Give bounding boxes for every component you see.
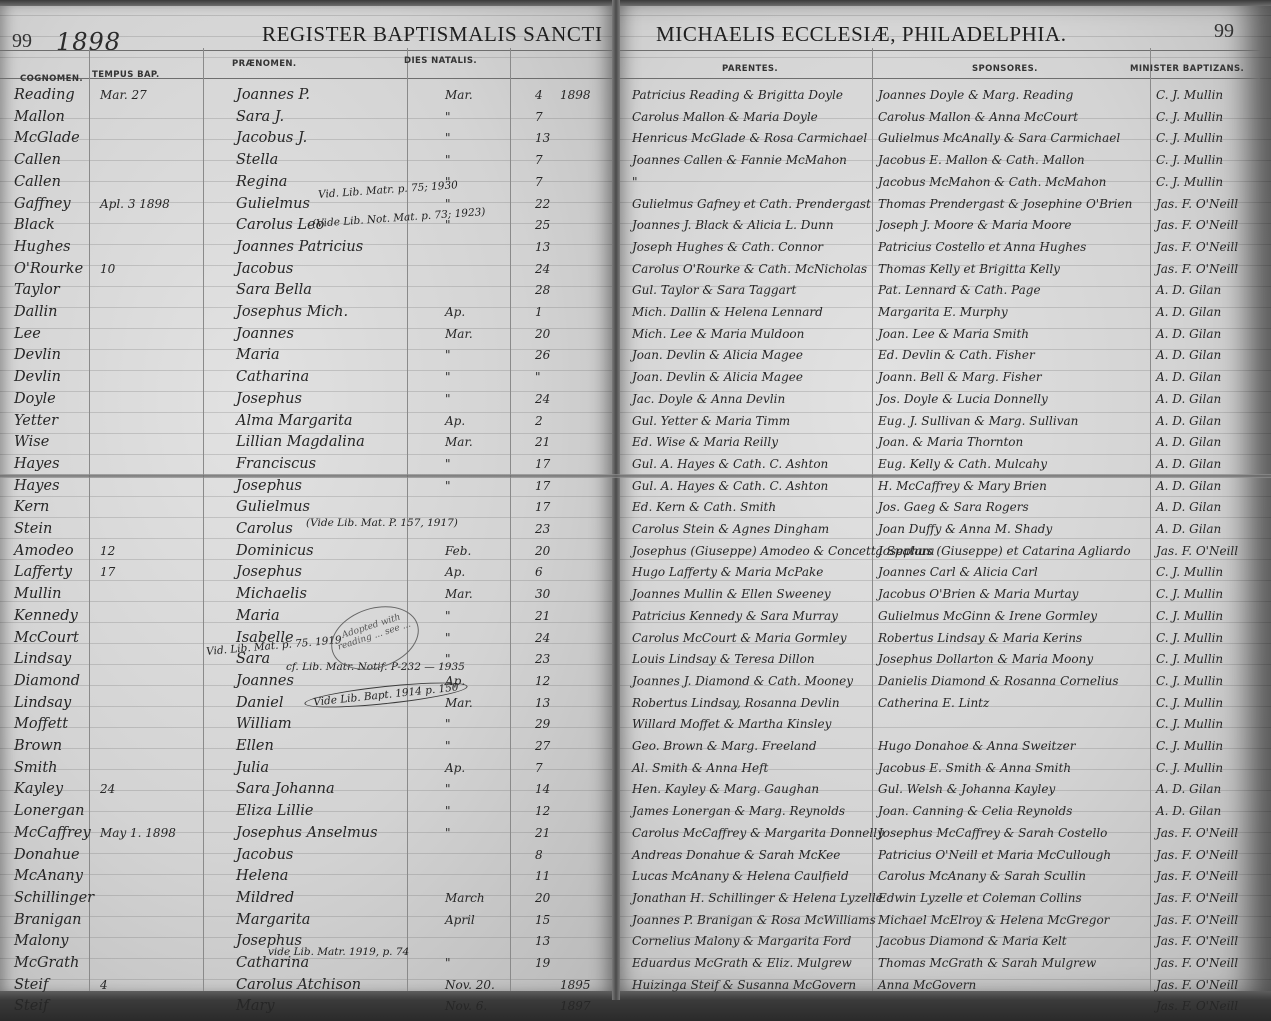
minister-cell: Jas. F. O'Neill: [1156, 974, 1238, 996]
cognomen-cell: Stein: [14, 518, 52, 540]
birth-month-cell: ": [445, 366, 451, 388]
praenomen-cell: Maria: [236, 605, 280, 627]
minister-cell: Jas. F. O'Neill: [1156, 193, 1238, 215]
praenomen-cell: Catharina: [236, 366, 309, 388]
birth-day-cell: 11: [535, 865, 550, 887]
birth-day-cell: 7: [535, 757, 543, 779]
register-entry-row: SmithJuliaAp.7Al. Smith & Anna HeftJacob…: [0, 757, 1271, 779]
birth-month-cell: ": [445, 627, 451, 649]
parentes-cell: Joannes P. Branigan & Rosa McWilliams: [632, 909, 876, 931]
sponsores-cell: Pat. Lennard & Cath. Page: [878, 279, 1041, 301]
parentes-cell: Carolus Mallon & Maria Doyle: [632, 106, 818, 128]
sponsores-cell: Jacobus O'Brien & Maria Murtay: [878, 583, 1078, 605]
parentes-cell: Joannes Callen & Fannie McMahon: [632, 149, 847, 171]
cognomen-cell: Lonergan: [14, 800, 84, 822]
birth-day-cell: 30: [535, 583, 550, 605]
birth-day-cell: 23: [535, 648, 550, 670]
minister-cell: Jas. F. O'Neill: [1156, 214, 1238, 236]
birth-month-cell: ": [445, 605, 451, 627]
cognomen-cell: McGrath: [14, 952, 79, 974]
sponsores-cell: Jacobus Diamond & Maria Kelt: [878, 930, 1067, 952]
birth-month-cell: Ap.: [445, 561, 465, 583]
minister-cell: A. D. Gilan: [1156, 431, 1221, 453]
tempus-bap-cell: 17: [100, 561, 115, 583]
praenomen-cell: Eliza Lillie: [236, 800, 314, 822]
cognomen-cell: Devlin: [14, 344, 61, 366]
birth-month-cell: ": [445, 388, 451, 410]
praenomen-cell: Franciscus: [236, 453, 316, 475]
minister-cell: C. J. Mullin: [1156, 84, 1223, 106]
register-entry-row: HughesJoannes Patricius13Joseph Hughes &…: [0, 236, 1271, 258]
parentes-cell: Ed. Wise & Maria Reilly: [632, 431, 778, 453]
minister-cell: A. D. Gilan: [1156, 301, 1221, 323]
birth-day-cell: 26: [535, 344, 550, 366]
register-entry-row: BrownEllen"27Geo. Brown & Marg. Freeland…: [0, 735, 1271, 757]
cognomen-cell: McCourt: [14, 627, 79, 649]
column-header-cognomen: COGNOMEN.: [20, 74, 83, 84]
minister-cell: Jas. F. O'Neill: [1156, 887, 1238, 909]
minister-cell: Jas. F. O'Neill: [1156, 930, 1238, 952]
minister-cell: A. D. Gilan: [1156, 388, 1221, 410]
cognomen-cell: Steif: [14, 995, 48, 1017]
cognomen-cell: Taylor: [14, 279, 60, 301]
parentes-cell: Joan. Devlin & Alicia Magee: [632, 344, 803, 366]
parentes-cell: Cornelius Malony & Margarita Ford: [632, 930, 851, 952]
register-entry-row: McCaffreyMay 1. 1898Josephus Anselmus"21…: [0, 822, 1271, 844]
birth-day-cell: 12: [535, 800, 550, 822]
praenomen-cell: Jacobus: [236, 844, 293, 866]
birth-day-cell: 21: [535, 431, 550, 453]
birth-day-cell: 21: [535, 822, 550, 844]
register-entry-row: DonahueJacobus8Andreas Donahue & Sarah M…: [0, 844, 1271, 866]
minister-cell: Jas. F. O'Neill: [1156, 258, 1238, 280]
cognomen-cell: Devlin: [14, 366, 61, 388]
birth-day-cell: 7: [535, 106, 543, 128]
minister-cell: Jas. F. O'Neill: [1156, 865, 1238, 887]
sponsores-cell: Thomas McGrath & Sarah Mulgrew: [878, 952, 1096, 974]
parentes-cell: Gul. A. Hayes & Cath. C. Ashton: [632, 475, 828, 497]
register-entry-row: McGladeJacobus J."13Henricus McGlade & R…: [0, 127, 1271, 149]
birth-month-cell: ": [445, 778, 451, 800]
sponsores-cell: Edwin Lyzelle et Coleman Collins: [878, 887, 1082, 909]
header-rule: [0, 50, 612, 51]
parentes-cell: Joan. Devlin & Alicia Magee: [632, 366, 803, 388]
register-entry-row: Steif4Carolus AtchisonNov. 20.1895Huizin…: [0, 974, 1271, 996]
parentes-cell: Carolus McCaffrey & Margarita Donnelly: [632, 822, 884, 844]
parentes-cell: Gul. Yetter & Maria Timm: [632, 410, 790, 432]
sponsores-cell: Joannes Doyle & Marg. Reading: [878, 84, 1073, 106]
sponsores-cell: Josephus Dollarton & Maria Moony: [878, 648, 1093, 670]
sponsores-cell: Thomas Kelly et Brigitta Kelly: [878, 258, 1060, 280]
sponsores-cell: Margarita E. Murphy: [878, 301, 1008, 323]
birth-year-cell: 1898: [560, 84, 591, 106]
birth-month-cell: ": [445, 713, 451, 735]
cognomen-cell: Mullin: [14, 583, 61, 605]
parentes-cell: Willard Moffet & Martha Kinsley: [632, 713, 831, 735]
parentes-cell: Carolus Stein & Agnes Dingham: [632, 518, 829, 540]
sponsores-cell: Joannes Carl & Alicia Carl: [878, 561, 1038, 583]
cognomen-cell: Black: [14, 214, 55, 236]
register-entry-row: BraniganMargaritaApril15Joannes P. Brani…: [0, 909, 1271, 931]
praenomen-cell: Joannes: [236, 670, 294, 692]
birth-month-cell: ": [445, 453, 451, 475]
sponsores-cell: Jos. Gaeg & Sara Rogers: [878, 496, 1029, 518]
parentes-cell: Jac. Doyle & Anna Devlin: [632, 388, 785, 410]
cognomen-cell: Brown: [14, 735, 62, 757]
parentes-cell: Carolus McCourt & Maria Gormley: [632, 627, 846, 649]
cognomen-cell: Doyle: [14, 388, 56, 410]
sponsores-cell: Patricius Costello et Anna Hughes: [878, 236, 1086, 258]
parentes-cell: Mich. Dallin & Helena Lennard: [632, 301, 823, 323]
birth-month-cell: ": [445, 735, 451, 757]
parentes-cell: Hen. Kayley & Marg. Gaughan: [632, 778, 819, 800]
birth-day-cell: 24: [535, 388, 550, 410]
parentes-cell: Louis Lindsay & Teresa Dillon: [632, 648, 815, 670]
praenomen-cell: Carolus Atchison: [236, 974, 361, 996]
birth-month-cell: March: [445, 887, 485, 909]
birth-month-cell: ": [445, 952, 451, 974]
parentes-cell: Lucas McAnany & Helena Caulfield: [632, 865, 849, 887]
minister-cell: C. J. Mullin: [1156, 106, 1223, 128]
minister-cell: C. J. Mullin: [1156, 713, 1223, 735]
minister-cell: C. J. Mullin: [1156, 605, 1223, 627]
parentes-cell: Gul. Taylor & Sara Taggart: [632, 279, 796, 301]
sponsores-cell: Danielis Diamond & Rosanna Cornelius: [878, 670, 1119, 692]
minister-cell: A. D. Gilan: [1156, 279, 1221, 301]
minister-cell: C. J. Mullin: [1156, 127, 1223, 149]
parentes-cell: Patricius Reading & Brigitta Doyle: [632, 84, 843, 106]
birth-day-cell: 2: [535, 410, 543, 432]
birth-day-cell: 4: [535, 84, 543, 106]
parentes-cell: Patricius Kennedy & Sara Murray: [632, 605, 838, 627]
cognomen-cell: Moffett: [14, 713, 68, 735]
sponsores-cell: Gul. Welsh & Johanna Kayley: [878, 778, 1055, 800]
praenomen-cell: Josephus Mich.: [236, 301, 348, 323]
cognomen-cell: Hayes: [14, 453, 60, 475]
praenomen-cell: Mildred: [236, 887, 294, 909]
sponsores-cell: Joan. Lee & Maria Smith: [878, 323, 1029, 345]
praenomen-cell: Lillian Magdalina: [236, 431, 365, 453]
parentes-cell: Ed. Kern & Cath. Smith: [632, 496, 776, 518]
parentes-cell: Eduardus McGrath & Eliz. Mulgrew: [632, 952, 852, 974]
birth-month-cell: ": [445, 149, 451, 171]
sponsores-cell: Gulielmus McAnally & Sara Carmichael: [878, 127, 1120, 149]
sponsores-cell: Joan. Canning & Celia Reynolds: [878, 800, 1072, 822]
column-header-tempus-bap: TEMPUS BAP.: [92, 70, 160, 80]
register-entry-row: MalonyJosephus13Cornelius Malony & Marga…: [0, 930, 1271, 952]
parentes-cell: Joannes J. Black & Alicia L. Dunn: [632, 214, 834, 236]
minister-cell: Jas. F. O'Neill: [1156, 822, 1238, 844]
parentes-cell: Joannes Mullin & Ellen Sweeney: [632, 583, 831, 605]
register-entry-row: MoffettWilliam"29Willard Moffet & Martha…: [0, 713, 1271, 735]
sponsores-cell: Joan Duffy & Anna M. Shady: [878, 518, 1052, 540]
praenomen-cell: Gulielmus: [236, 193, 310, 215]
birth-day-cell: 17: [535, 496, 550, 518]
sponsores-cell: Joann. Bell & Marg. Fisher: [878, 366, 1042, 388]
minister-cell: C. J. Mullin: [1156, 735, 1223, 757]
column-header-rule: [620, 78, 1260, 79]
praenomen-cell: Stella: [236, 149, 278, 171]
praenomen-cell: Joannes P.: [236, 84, 310, 106]
sponsores-cell: Ed. Devlin & Cath. Fisher: [878, 344, 1035, 366]
register-entry-row: DevlinMaria"26Joan. Devlin & Alicia Mage…: [0, 344, 1271, 366]
minister-cell: C. J. Mullin: [1156, 692, 1223, 714]
minister-cell: Jas. F. O'Neill: [1156, 844, 1238, 866]
parentes-cell: Carolus O'Rourke & Cath. McNicholas: [632, 258, 867, 280]
cognomen-cell: Malony: [14, 930, 68, 952]
praenomen-cell: Margarita: [236, 909, 310, 931]
sponsores-cell: Jacobus E. Smith & Anna Smith: [878, 757, 1071, 779]
register-title-right: MICHAELIS ECCLESIÆ, PHILADELPHIA.: [656, 22, 1067, 47]
birth-month-cell: Ap.: [445, 757, 465, 779]
register-entry-row: LindsaySara"23Louis Lindsay & Teresa Dil…: [0, 648, 1271, 670]
birth-month-cell: April: [445, 909, 475, 931]
praenomen-cell: Gulielmus: [236, 496, 310, 518]
minister-cell: A. D. Gilan: [1156, 778, 1221, 800]
cognomen-cell: McAnany: [14, 865, 83, 887]
cognomen-cell: Kayley: [14, 778, 63, 800]
birth-day-cell: ": [535, 366, 541, 388]
cognomen-cell: McGlade: [14, 127, 80, 149]
minister-cell: C. J. Mullin: [1156, 627, 1223, 649]
register-entry-row: McAnanyHelena11Lucas McAnany & Helena Ca…: [0, 865, 1271, 887]
register-entry-row: WiseLillian MagdalinaMar.21Ed. Wise & Ma…: [0, 431, 1271, 453]
parentes-cell: James Lonergan & Marg. Reynolds: [632, 800, 845, 822]
birth-month-cell: Mar.: [445, 323, 473, 345]
cognomen-cell: Yetter: [14, 410, 58, 432]
sponsores-cell: Josephus McCaffrey & Sarah Costello: [878, 822, 1107, 844]
praenomen-cell: Joannes: [236, 323, 294, 345]
register-entry-row: MullinMichaelisMar.30Joannes Mullin & El…: [0, 583, 1271, 605]
birth-month-cell: Feb.: [445, 540, 471, 562]
parentes-cell: Gulielmus Gafney et Cath. Prendergast: [632, 193, 871, 215]
birth-day-cell: 13: [535, 930, 550, 952]
tempus-bap-cell: 4: [100, 974, 108, 996]
column-header-minister: MINISTER BAPTIZANS.: [1130, 64, 1244, 74]
sponsores-cell: Carolus McAnany & Sarah Scullin: [878, 865, 1086, 887]
praenomen-cell: Carolus: [236, 518, 293, 540]
sponsores-cell: Hugo Donahoe & Anna Sweitzer: [878, 735, 1076, 757]
right-page-number: 99: [1214, 20, 1234, 43]
minister-cell: A. D. Gilan: [1156, 453, 1221, 475]
tempus-bap-cell: May 1. 1898: [100, 822, 176, 844]
cognomen-cell: Lindsay: [14, 648, 71, 670]
sponsores-cell: Joseph J. Moore & Maria Moore: [878, 214, 1071, 236]
header-rule: [620, 50, 1260, 51]
birth-month-cell: Ap.: [445, 410, 465, 432]
register-entry-row: MallonSara J."7Carolus Mallon & Maria Do…: [0, 106, 1271, 128]
cognomen-cell: Dallin: [14, 301, 58, 323]
cognomen-cell: Kennedy: [14, 605, 78, 627]
birth-day-cell: 29: [535, 713, 550, 735]
sponsores-cell: Patricius O'Neill et Maria McCullough: [878, 844, 1111, 866]
birth-day-cell: 15: [535, 909, 550, 931]
parentes-cell: Al. Smith & Anna Heft: [632, 757, 768, 779]
birth-day-cell: 13: [535, 236, 550, 258]
register-entry-row: DevlinCatharina""Joan. Devlin & Alicia M…: [0, 366, 1271, 388]
register-entry-row: KennedyMaria"21Patricius Kennedy & Sara …: [0, 605, 1271, 627]
praenomen-cell: Jacobus: [236, 258, 293, 280]
birth-year-cell: 1897: [560, 995, 591, 1017]
parentes-cell: Geo. Brown & Marg. Freeland: [632, 735, 817, 757]
praenomen-cell: William: [236, 713, 292, 735]
register-entry-row: ReadingMar. 27Joannes P.Mar.41898Patrici…: [0, 84, 1271, 106]
minister-cell: Jas. F. O'Neill: [1156, 236, 1238, 258]
register-entry-row: SchillingerMildredMarch20Jonathan H. Sch…: [0, 887, 1271, 909]
register-entry-row: HayesFranciscus"17Gul. A. Hayes & Cath. …: [0, 453, 1271, 475]
birth-day-cell: 17: [535, 453, 550, 475]
birth-day-cell: 25: [535, 214, 550, 236]
tempus-bap-cell: 24: [100, 778, 115, 800]
cognomen-cell: Callen: [14, 171, 61, 193]
register-entry-row: CallenRegina"7"Jacobus McMahon & Cath. M…: [0, 171, 1271, 193]
minister-cell: C. J. Mullin: [1156, 648, 1223, 670]
birth-month-cell: Mar.: [445, 583, 473, 605]
minister-cell: C. J. Mullin: [1156, 583, 1223, 605]
sponsores-cell: Anna McGovern: [878, 974, 976, 996]
birth-month-cell: Ap.: [445, 301, 465, 323]
praenomen-cell: Daniel: [236, 692, 283, 714]
cognomen-cell: Hayes: [14, 475, 60, 497]
birth-day-cell: 17: [535, 475, 550, 497]
cognomen-cell: Reading: [14, 84, 75, 106]
birth-month-cell: Mar.: [445, 692, 473, 714]
birth-day-cell: 1: [535, 301, 543, 323]
birth-day-cell: 20: [535, 887, 550, 909]
cognomen-cell: Kern: [14, 496, 49, 518]
register-entry-row: DiamondJoannesAp.12Joannes J. Diamond & …: [0, 670, 1271, 692]
praenomen-cell: Regina: [236, 171, 287, 193]
minister-cell: Jas. F. O'Neill: [1156, 952, 1238, 974]
cognomen-cell: Wise: [14, 431, 49, 453]
parentes-cell: Joannes J. Diamond & Cath. Mooney: [632, 670, 853, 692]
register-entry-row: YetterAlma MargaritaAp.2Gul. Yetter & Ma…: [0, 410, 1271, 432]
minister-cell: Jas. F. O'Neill: [1156, 995, 1238, 1017]
sponsores-cell: Jos. Doyle & Lucia Donnelly: [878, 388, 1048, 410]
sponsores-cell: Carolus Mallon & Anna McCourt: [878, 106, 1078, 128]
birth-month-cell: ": [445, 475, 451, 497]
birth-day-cell: 19: [535, 952, 550, 974]
cognomen-cell: Lindsay: [14, 692, 71, 714]
register-title-left: REGISTER BAPTISMALIS SANCTI: [262, 22, 603, 47]
sponsores-cell: Josephus (Giuseppe) et Catarina Agliardo: [878, 540, 1131, 562]
minister-cell: A. D. Gilan: [1156, 344, 1221, 366]
praenomen-cell: Michaelis: [236, 583, 307, 605]
birth-month-cell: ": [445, 127, 451, 149]
praenomen-cell: Sara Johanna: [236, 778, 335, 800]
register-entry-row: HayesJosephus"17Gul. A. Hayes & Cath. C.…: [0, 475, 1271, 497]
register-entry-row: Amodeo12DominicusFeb.20Josephus (Giusepp…: [0, 540, 1271, 562]
sponsores-cell: Robertus Lindsay & Maria Kerins: [878, 627, 1082, 649]
birth-month-cell: Mar.: [445, 431, 473, 453]
cognomen-cell: Donahue: [14, 844, 80, 866]
cognomen-cell: McCaffrey: [14, 822, 91, 844]
cognomen-cell: Lee: [14, 323, 41, 345]
parentes-cell: Henricus McGlade & Rosa Carmichael: [632, 127, 867, 149]
minister-cell: C. J. Mullin: [1156, 561, 1223, 583]
parentes-cell: Joseph Hughes & Cath. Connor: [632, 236, 823, 258]
register-entry-row: KernGulielmus17Ed. Kern & Cath. SmithJos…: [0, 496, 1271, 518]
register-entry-row: LonerganEliza Lillie"12James Lonergan & …: [0, 800, 1271, 822]
minister-cell: A. D. Gilan: [1156, 496, 1221, 518]
register-entry-row: GaffneyApl. 3 1898Gulielmus"22Gulielmus …: [0, 193, 1271, 215]
sponsores-cell: Gulielmus McGinn & Irene Gormley: [878, 605, 1097, 627]
minister-cell: Jas. F. O'Neill: [1156, 540, 1238, 562]
birth-month-cell: Nov. 6.: [445, 995, 487, 1017]
praenomen-cell: Josephus: [236, 475, 302, 497]
register-entry-row: DoyleJosephus"24Jac. Doyle & Anna Devlin…: [0, 388, 1271, 410]
birth-month-cell: ": [445, 106, 451, 128]
birth-day-cell: 14: [535, 778, 550, 800]
birth-day-cell: 12: [535, 670, 550, 692]
sponsores-cell: Jacobus McMahon & Cath. McMahon: [878, 171, 1106, 193]
praenomen-cell: Josephus Anselmus: [236, 822, 378, 844]
birth-day-cell: 13: [535, 127, 550, 149]
margin-note: (Vide Lib. Mat. P. 157, 1917): [306, 517, 458, 529]
minister-cell: C. J. Mullin: [1156, 670, 1223, 692]
birth-day-cell: 20: [535, 540, 550, 562]
register-entry-row: SteinCarolus23Carolus Stein & Agnes Ding…: [0, 518, 1271, 540]
cognomen-cell: Smith: [14, 757, 58, 779]
sponsores-cell: Jacobus E. Mallon & Cath. Mallon: [878, 149, 1085, 171]
register-entry-row: McCourtIsabelle"24Carolus McCourt & Mari…: [0, 627, 1271, 649]
birth-month-cell: Mar.: [445, 84, 473, 106]
sponsores-cell: Catherina E. Lintz: [878, 692, 989, 714]
column-header-praenomen: PRÆNOMEN.: [232, 59, 297, 69]
birth-day-cell: 24: [535, 627, 550, 649]
parentes-cell: Huizinga Steif & Susanna McGovern: [632, 974, 856, 996]
parentes-cell: Jonathan H. Schillinger & Helena Lyzelle: [632, 887, 883, 909]
minister-cell: C. J. Mullin: [1156, 171, 1223, 193]
parentes-cell: ": [632, 171, 638, 193]
praenomen-cell: Sara Bella: [236, 279, 312, 301]
parentes-cell: Robertus Lindsay, Rosanna Devlin: [632, 692, 840, 714]
minister-cell: A. D. Gilan: [1156, 323, 1221, 345]
tempus-bap-cell: Apl. 3 1898: [100, 193, 170, 215]
birth-day-cell: 27: [535, 735, 550, 757]
cognomen-cell: Mallon: [14, 106, 65, 128]
minister-cell: A. D. Gilan: [1156, 410, 1221, 432]
praenomen-cell: Alma Margarita: [236, 410, 353, 432]
cognomen-cell: Callen: [14, 149, 61, 171]
register-entry-row: SteifMaryNov. 6.1897Jas. F. O'Neill: [0, 995, 1271, 1017]
minister-cell: A. D. Gilan: [1156, 800, 1221, 822]
birth-day-cell: 7: [535, 149, 543, 171]
cognomen-cell: Steif: [14, 974, 48, 996]
register-entry-row: TaylorSara Bella28Gul. Taylor & Sara Tag…: [0, 279, 1271, 301]
cognomen-cell: O'Rourke: [14, 258, 83, 280]
register-entry-row: CallenStella"7Joannes Callen & Fannie Mc…: [0, 149, 1271, 171]
parentes-cell: Andreas Donahue & Sarah McKee: [632, 844, 840, 866]
register-book-scan: 99 1898 REGISTER BAPTISMALIS SANCTI MICH…: [0, 0, 1271, 1021]
birth-day-cell: 20: [535, 323, 550, 345]
minister-cell: A. D. Gilan: [1156, 366, 1221, 388]
praenomen-cell: Dominicus: [236, 540, 314, 562]
sponsores-cell: Michael McElroy & Helena McGregor: [878, 909, 1109, 931]
register-entry-row: DallinJosephus Mich.Ap.1Mich. Dallin & H…: [0, 301, 1271, 323]
minister-cell: A. D. Gilan: [1156, 518, 1221, 540]
praenomen-cell: Josephus: [236, 388, 302, 410]
register-entry-row: Kayley24Sara Johanna"14Hen. Kayley & Mar…: [0, 778, 1271, 800]
register-entry-row: BlackCarolus Leo"25Joannes J. Black & Al…: [0, 214, 1271, 236]
cognomen-cell: Gaffney: [14, 193, 71, 215]
tempus-bap-cell: 10: [100, 258, 115, 280]
praenomen-cell: Joannes Patricius: [236, 236, 363, 258]
birth-day-cell: 13: [535, 692, 550, 714]
praenomen-cell: Jacobus J.: [236, 127, 307, 149]
column-header-sponsores: SPONSORES.: [972, 64, 1038, 74]
sponsores-cell: Thomas Prendergast & Josephine O'Brien: [878, 193, 1132, 215]
